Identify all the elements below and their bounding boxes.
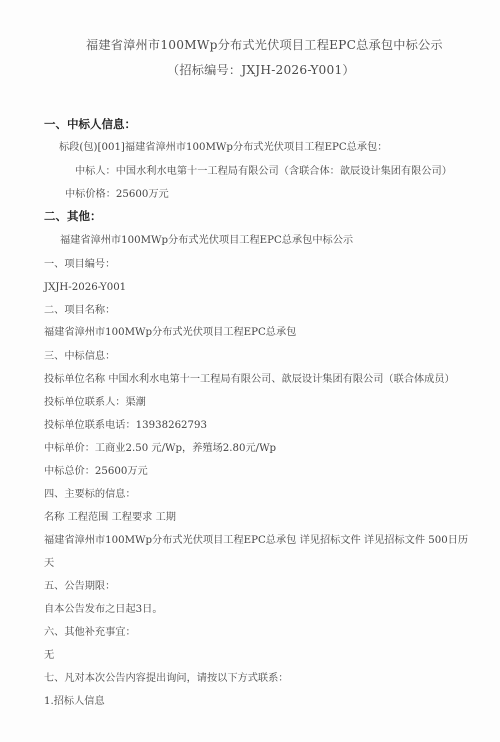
bidder-phone: 投标单位联系电话：13938262793 (44, 420, 207, 432)
bid-price-line: 中标价格：25600万元 (65, 189, 169, 201)
tenderer-info-label: 1.招标人信息 (44, 696, 105, 708)
bid-info-label: 三、中标信息： (44, 351, 115, 363)
subject-table-row-cont: 天 (44, 558, 54, 570)
document-page: 福建省漳州市100MWp分布式光伏项目工程EPC总承包中标公示 （招标编号：JX… (0, 0, 500, 742)
subject-table-header: 名称 工程范围 工程要求 工期 (44, 512, 176, 524)
inquiry-label: 七、凡对本次公告内容提出询问，请按以下方式联系： (44, 673, 289, 685)
notice-period-value: 自本公告发布之日起3日。 (44, 604, 163, 616)
section2-heading: 二、其他： (44, 210, 102, 222)
other-matters-label: 六、其他补充事宜： (44, 627, 136, 639)
bidder-name: 投标单位名称 中国水利水电第十一工程局有限公司、歆辰设计集团有限公司（联合体成员… (44, 374, 455, 386)
project-name-label: 二、项目名称： (44, 305, 115, 317)
document-title: 福建省漳州市100MWp分布式光伏项目工程EPC总承包中标公示 (86, 39, 443, 51)
section2-intro: 福建省漳州市100MWp分布式光伏项目工程EPC总承包中标公示 (60, 235, 353, 247)
lot-line: 标段(包)[001]福建省漳州市100MWp分布式光伏项目工程EPC总承包： (59, 142, 387, 154)
total-price: 中标总价：25600万元 (44, 466, 148, 478)
other-matters-value: 无 (44, 650, 54, 662)
main-subject-label: 四、主要标的信息： (44, 489, 136, 501)
subject-table-row: 福建省漳州市100MWp分布式光伏项目工程EPC总承包 详见招标文件 详见招标文… (44, 535, 468, 547)
project-name-value: 福建省漳州市100MWp分布式光伏项目工程EPC总承包 (44, 327, 296, 339)
project-number-label: 一、项目编号： (44, 259, 115, 271)
section1-heading: 一、中标人信息： (44, 118, 136, 130)
tender-number: （招标编号：JXJH-2026-Y001） (167, 64, 355, 76)
notice-period-label: 五、公告期限： (44, 581, 115, 593)
project-number-value: JXJH-2026-Y001 (44, 282, 126, 294)
unit-price: 中标单价：工商业2.50 元/Wp，养殖场2.80元/Wp (44, 443, 276, 455)
bidder-contact: 投标单位联系人：渠潮 (44, 397, 146, 409)
winner-line: 中标人：中国水利水电第十一工程局有限公司（含联合体：歆辰设计集团有限公司） (75, 166, 452, 178)
